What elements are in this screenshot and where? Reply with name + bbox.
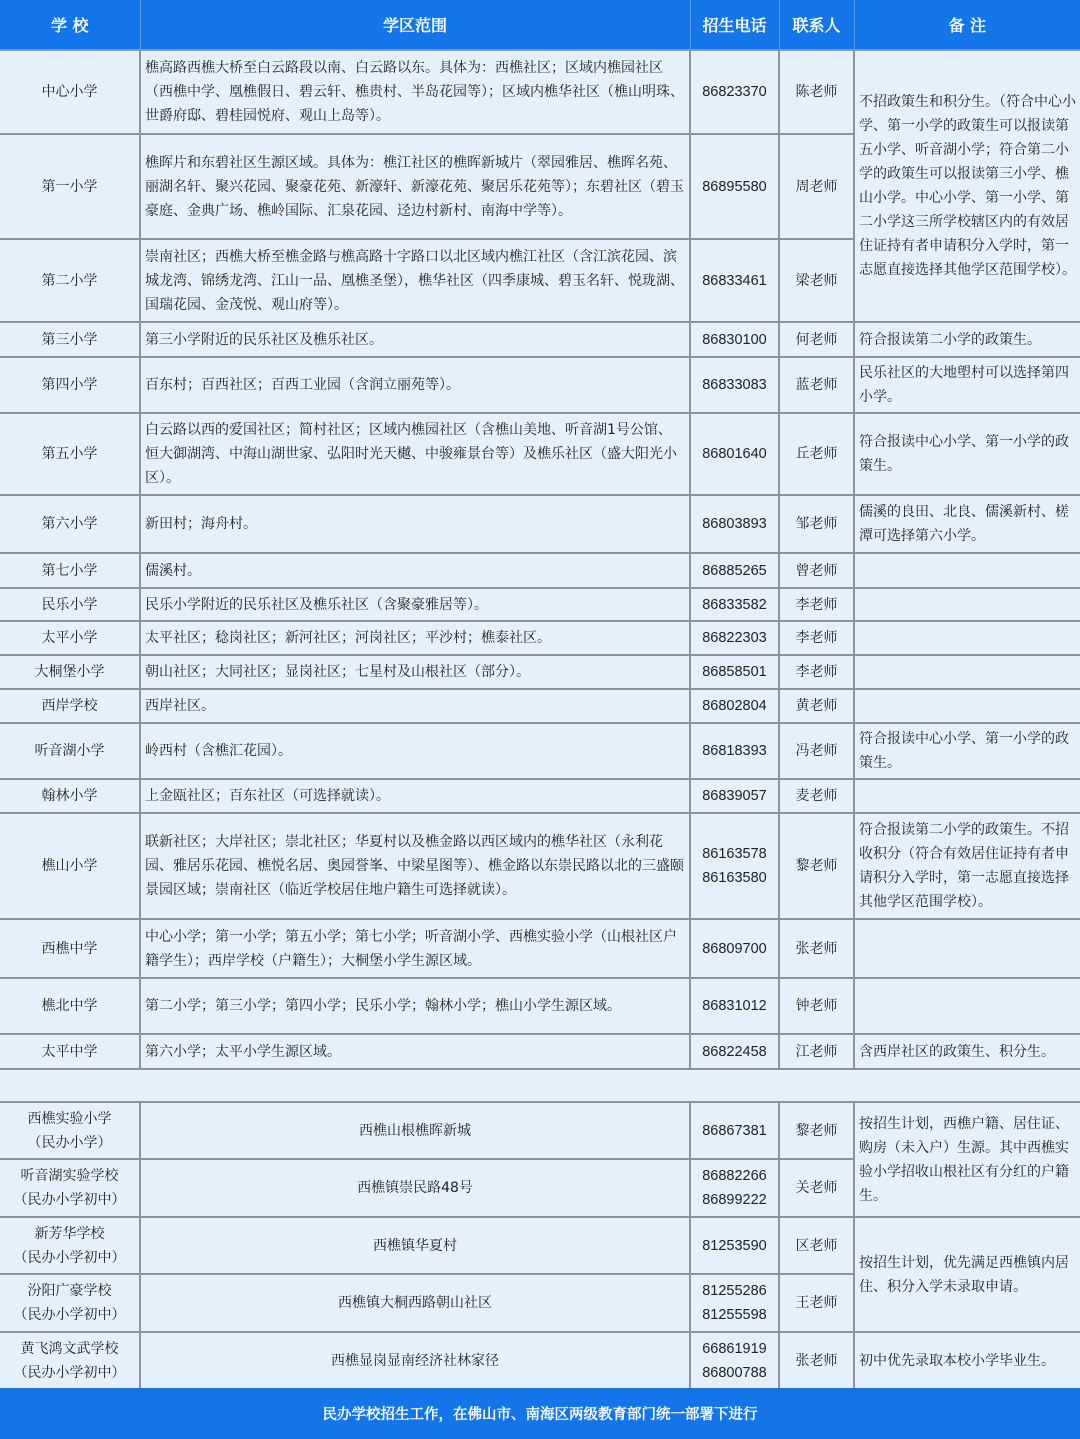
note-text xyxy=(854,655,1080,689)
phone-number: 86163578 xyxy=(695,842,774,866)
school-type-line: （民办小学初中） xyxy=(4,1246,135,1270)
contact-person: 蓝老师 xyxy=(779,357,854,413)
table-row: 第三小学 第三小学附近的民乐社区及樵乐社区。 86830100 何老师 符合报读… xyxy=(0,322,1080,357)
table-row: 翰林小学 上金瓯社区；百东社区（可选择就读）。 86839057 麦老师 xyxy=(0,779,1080,813)
header-school: 学 校 xyxy=(0,0,140,50)
school-name-line: 听音湖实验学校 xyxy=(4,1164,135,1188)
address-text: 西樵镇大桐西路朝山社区 xyxy=(140,1274,690,1332)
table-row: 第六小学 新田村；海舟村。 86803893 邹老师 儒溪的良田、北良、儒溪新村… xyxy=(0,495,1080,553)
contact-person: 黄老师 xyxy=(779,689,854,723)
school-name: 汾阳广豪学校 （民办小学初中） xyxy=(0,1274,140,1332)
note-text: 民乐社区的大地塱村可以选择第四小学。 xyxy=(854,357,1080,413)
zone-text: 上金瓯社区；百东社区（可选择就读）。 xyxy=(140,779,690,813)
note-text xyxy=(854,779,1080,813)
note-text xyxy=(854,689,1080,723)
table-row: 中心小学 樵高路西樵大桥至白云路段以南、白云路以东。具体为：西樵社区；区域内樵园… xyxy=(0,50,1080,134)
table-row: 太平小学 太平社区；稔岗社区；新河社区；河岗社区；平沙村；樵泰社区。 86822… xyxy=(0,621,1080,655)
school-name: 民乐小学 xyxy=(0,588,140,621)
phone-number: 86801640 xyxy=(690,413,779,495)
phone-number: 81255598 xyxy=(695,1303,774,1327)
address-text: 西樵镇崇民路48号 xyxy=(140,1159,690,1217)
note-text xyxy=(854,978,1080,1034)
school-type-line: （民办小学初中） xyxy=(4,1361,135,1385)
contact-person: 李老师 xyxy=(779,655,854,689)
school-name: 听音湖小学 xyxy=(0,723,140,779)
contact-person: 梁老师 xyxy=(779,239,854,322)
phone-numbers: 86163578 86163580 xyxy=(690,813,779,919)
school-name: 大桐堡小学 xyxy=(0,655,140,689)
contact-person: 李老师 xyxy=(779,621,854,655)
phone-number: 86899222 xyxy=(695,1188,774,1212)
contact-person: 何老师 xyxy=(779,322,854,357)
note-text xyxy=(854,621,1080,655)
note-text xyxy=(854,919,1080,978)
school-name: 第二小学 xyxy=(0,239,140,322)
table-row: 大桐堡小学 朝山社区；大同社区；显岗社区；七星村及山根社区（部分）。 86858… xyxy=(0,655,1080,689)
zone-text: 第六小学；太平小学生源区域。 xyxy=(140,1034,690,1069)
school-name-line: 黄飞鸿文武学校 xyxy=(4,1337,135,1361)
contact-person: 王老师 xyxy=(779,1274,854,1332)
footer-banner: 民办学校招生工作，在佛山市、南海区两级教育部门统一部署下进行 xyxy=(0,1388,1080,1439)
note-text: 按招生计划，优先满足西樵镇内居住、积分入学未录取申请。 xyxy=(854,1217,1080,1332)
note-text: 按招生计划，西樵户籍、居住证、购房（未入户）生源。其中西樵实验小学招收山根社区有… xyxy=(854,1102,1080,1217)
zone-text: 百东村；百西社区；百西工业园（含润立丽苑等）。 xyxy=(140,357,690,413)
phone-numbers: 66861919 86800788 xyxy=(690,1332,779,1389)
contact-person: 曾老师 xyxy=(779,553,854,588)
note-text: 符合报读中心小学、第一小学的政策生。 xyxy=(854,413,1080,495)
phone-number: 86802804 xyxy=(690,689,779,723)
zone-text: 崇南社区；西樵大桥至樵金路与樵高路十字路口以北区域内樵江社区（含江滨花园、滨城龙… xyxy=(140,239,690,322)
note-text: 符合报读第二小学的政策生。不招收积分（符合有效居住证持有者申请积分入学时，第一志… xyxy=(854,813,1080,919)
table-header-row: 学 校 学区范围 招生电话 联系人 备 注 xyxy=(0,0,1080,50)
section-spacer xyxy=(0,1069,1080,1102)
table-row: 听音湖小学 岭西村（含樵汇花园）。 86818393 冯老师 符合报读中心小学、… xyxy=(0,723,1080,779)
contact-person: 黎老师 xyxy=(779,813,854,919)
footer-text: 民办学校招生工作，在佛山市、南海区两级教育部门统一部署下进行 xyxy=(323,1403,758,1424)
table-row: 新芳华学校 （民办小学初中） 西樵镇华夏村 81253590 区老师 按招生计划… xyxy=(0,1217,1080,1274)
contact-person: 丘老师 xyxy=(779,413,854,495)
school-name: 第七小学 xyxy=(0,553,140,588)
phone-numbers: 86882266 86899222 xyxy=(690,1159,779,1217)
table-row: 黄飞鸿文武学校 （民办小学初中） 西樵显岗显南经济社林家径 66861919 8… xyxy=(0,1332,1080,1389)
zone-text: 岭西村（含樵汇花园）。 xyxy=(140,723,690,779)
phone-number: 86895580 xyxy=(690,134,779,239)
phone-number: 66861919 xyxy=(695,1337,774,1361)
phone-number: 86867381 xyxy=(690,1102,779,1159)
table-row: 太平中学 第六小学；太平小学生源区域。 86822458 江老师 含西岸社区的政… xyxy=(0,1034,1080,1069)
contact-person: 钟老师 xyxy=(779,978,854,1034)
contact-person: 李老师 xyxy=(779,588,854,621)
zone-text: 第二小学；第三小学；第四小学；民乐小学；翰林小学；樵山小学生源区域。 xyxy=(140,978,690,1034)
school-name: 第一小学 xyxy=(0,134,140,239)
zone-text: 新田村；海舟村。 xyxy=(140,495,690,553)
contact-person: 陈老师 xyxy=(779,50,854,134)
phone-number: 86858501 xyxy=(690,655,779,689)
merged-note: 不招政策生和积分生。（符合中心小学、第一小学的政策生可以报读第五小学、听音湖小学… xyxy=(854,50,1080,322)
contact-person: 区老师 xyxy=(779,1217,854,1274)
zone-text: 樵高路西樵大桥至白云路段以南、白云路以东。具体为：西樵社区；区域内樵园社区（西樵… xyxy=(140,50,690,134)
address-text: 西樵镇华夏村 xyxy=(140,1217,690,1274)
school-name: 第四小学 xyxy=(0,357,140,413)
zone-text: 联新社区；大岸社区；崇北社区；华夏村以及樵金路以西区域内的樵华社区（永利花园、雅… xyxy=(140,813,690,919)
phone-number: 86822303 xyxy=(690,621,779,655)
table-row: 西岸学校 西岸社区。 86802804 黄老师 xyxy=(0,689,1080,723)
school-name: 第五小学 xyxy=(0,413,140,495)
note-text xyxy=(854,553,1080,588)
zone-text: 白云路以西的爱国社区；简村社区；区域内樵园社区（含樵山美地、听音湖1号公馆、恒大… xyxy=(140,413,690,495)
contact-person: 张老师 xyxy=(779,919,854,978)
table-row: 樵山小学 联新社区；大岸社区；崇北社区；华夏村以及樵金路以西区域内的樵华社区（永… xyxy=(0,813,1080,919)
table-row: 民乐小学 民乐小学附近的民乐社区及樵乐社区（含聚豪雅居等）。 86833582 … xyxy=(0,588,1080,621)
school-name-line: 汾阳广豪学校 xyxy=(4,1279,135,1303)
zone-text: 中心小学；第一小学；第五小学；第七小学；听音湖小学、西樵实验小学（山根社区户籍学… xyxy=(140,919,690,978)
table-row: 西樵中学 中心小学；第一小学；第五小学；第七小学；听音湖小学、西樵实验小学（山根… xyxy=(0,919,1080,978)
zone-text: 朝山社区；大同社区；显岗社区；七星村及山根社区（部分）。 xyxy=(140,655,690,689)
header-contact: 联系人 xyxy=(779,0,854,50)
phone-number: 86809700 xyxy=(690,919,779,978)
school-name: 樵北中学 xyxy=(0,978,140,1034)
enrollment-zone-document: 学 校 学区范围 招生电话 联系人 备 注 中心小学 樵高路西樵大桥至白云路段以… xyxy=(0,0,1080,1439)
school-name: 樵山小学 xyxy=(0,813,140,919)
note-text: 含西岸社区的政策生、积分生。 xyxy=(854,1034,1080,1069)
school-name: 西岸学校 xyxy=(0,689,140,723)
zone-text: 第三小学附近的民乐社区及樵乐社区。 xyxy=(140,322,690,357)
phone-number: 86800788 xyxy=(695,1361,774,1385)
note-text: 儒溪的良田、北良、儒溪新村、槎潭可选择第六小学。 xyxy=(854,495,1080,553)
phone-number: 86830100 xyxy=(690,322,779,357)
header-zone: 学区范围 xyxy=(140,0,690,50)
address-text: 西樵显岗显南经济社林家径 xyxy=(140,1332,690,1389)
school-name: 太平小学 xyxy=(0,621,140,655)
school-name: 第六小学 xyxy=(0,495,140,553)
school-name: 翰林小学 xyxy=(0,779,140,813)
note-text: 符合报读中心小学、第一小学的政策生。 xyxy=(854,723,1080,779)
zone-text: 西岸社区。 xyxy=(140,689,690,723)
school-name: 黄飞鸿文武学校 （民办小学初中） xyxy=(0,1332,140,1389)
contact-person: 邹老师 xyxy=(779,495,854,553)
zone-text: 儒溪村。 xyxy=(140,553,690,588)
contact-person: 江老师 xyxy=(779,1034,854,1069)
school-type-line: （民办小学初中） xyxy=(4,1303,135,1327)
contact-person: 关老师 xyxy=(779,1159,854,1217)
school-name: 新芳华学校 （民办小学初中） xyxy=(0,1217,140,1274)
zone-text: 太平社区；稔岗社区；新河社区；河岗社区；平沙村；樵泰社区。 xyxy=(140,621,690,655)
school-name: 中心小学 xyxy=(0,50,140,134)
contact-person: 黎老师 xyxy=(779,1102,854,1159)
header-note: 备 注 xyxy=(854,0,1080,50)
header-phone: 招生电话 xyxy=(690,0,779,50)
phone-numbers: 81255286 81255598 xyxy=(690,1274,779,1332)
contact-person: 冯老师 xyxy=(779,723,854,779)
phone-number: 86822458 xyxy=(690,1034,779,1069)
school-name: 西樵实验小学 （民办小学） xyxy=(0,1102,140,1159)
phone-number: 86831012 xyxy=(690,978,779,1034)
phone-number: 81255286 xyxy=(695,1279,774,1303)
school-name: 西樵中学 xyxy=(0,919,140,978)
table-row: 第四小学 百东村；百西社区；百西工业园（含润立丽苑等）。 86833083 蓝老… xyxy=(0,357,1080,413)
phone-number: 86818393 xyxy=(690,723,779,779)
phone-number: 86823370 xyxy=(690,50,779,134)
note-text: 初中优先录取本校小学毕业生。 xyxy=(854,1332,1080,1389)
school-name-line: 新芳华学校 xyxy=(4,1222,135,1246)
table-row: 第七小学 儒溪村。 86885265 曾老师 xyxy=(0,553,1080,588)
note-text xyxy=(854,588,1080,621)
table-row: 西樵实验小学 （民办小学） 西樵山根樵晖新城 86867381 黎老师 按招生计… xyxy=(0,1102,1080,1159)
contact-person: 张老师 xyxy=(779,1332,854,1389)
school-name: 第三小学 xyxy=(0,322,140,357)
phone-number: 86839057 xyxy=(690,779,779,813)
zone-text: 民乐小学附近的民乐社区及樵乐社区（含聚豪雅居等）。 xyxy=(140,588,690,621)
phone-number: 86833461 xyxy=(690,239,779,322)
phone-number: 81253590 xyxy=(690,1217,779,1274)
school-name: 太平中学 xyxy=(0,1034,140,1069)
phone-number: 86803893 xyxy=(690,495,779,553)
contact-person: 麦老师 xyxy=(779,779,854,813)
zone-text: 樵晖片和东碧社区生源区域。具体为：樵江社区的樵晖新城片（翠园雅居、樵晖名苑、丽湖… xyxy=(140,134,690,239)
table-row: 樵北中学 第二小学；第三小学；第四小学；民乐小学；翰林小学；樵山小学生源区域。 … xyxy=(0,978,1080,1034)
table-row: 第五小学 白云路以西的爱国社区；简村社区；区域内樵园社区（含樵山美地、听音湖1号… xyxy=(0,413,1080,495)
school-type-line: （民办小学初中） xyxy=(4,1188,135,1212)
school-zone-table: 学 校 学区范围 招生电话 联系人 备 注 中心小学 樵高路西樵大桥至白云路段以… xyxy=(0,0,1080,1390)
school-name: 听音湖实验学校 （民办小学初中） xyxy=(0,1159,140,1217)
phone-number: 86882266 xyxy=(695,1164,774,1188)
school-name-line: 西樵实验小学 xyxy=(4,1107,135,1131)
phone-number: 86833582 xyxy=(690,588,779,621)
school-type-line: （民办小学） xyxy=(4,1131,135,1155)
note-text: 符合报读第二小学的政策生。 xyxy=(854,322,1080,357)
phone-number: 86885265 xyxy=(690,553,779,588)
address-text: 西樵山根樵晖新城 xyxy=(140,1102,690,1159)
phone-number: 86163580 xyxy=(695,866,774,890)
spacer-cell xyxy=(0,1069,1080,1102)
contact-person: 周老师 xyxy=(779,134,854,239)
phone-number: 86833083 xyxy=(690,357,779,413)
